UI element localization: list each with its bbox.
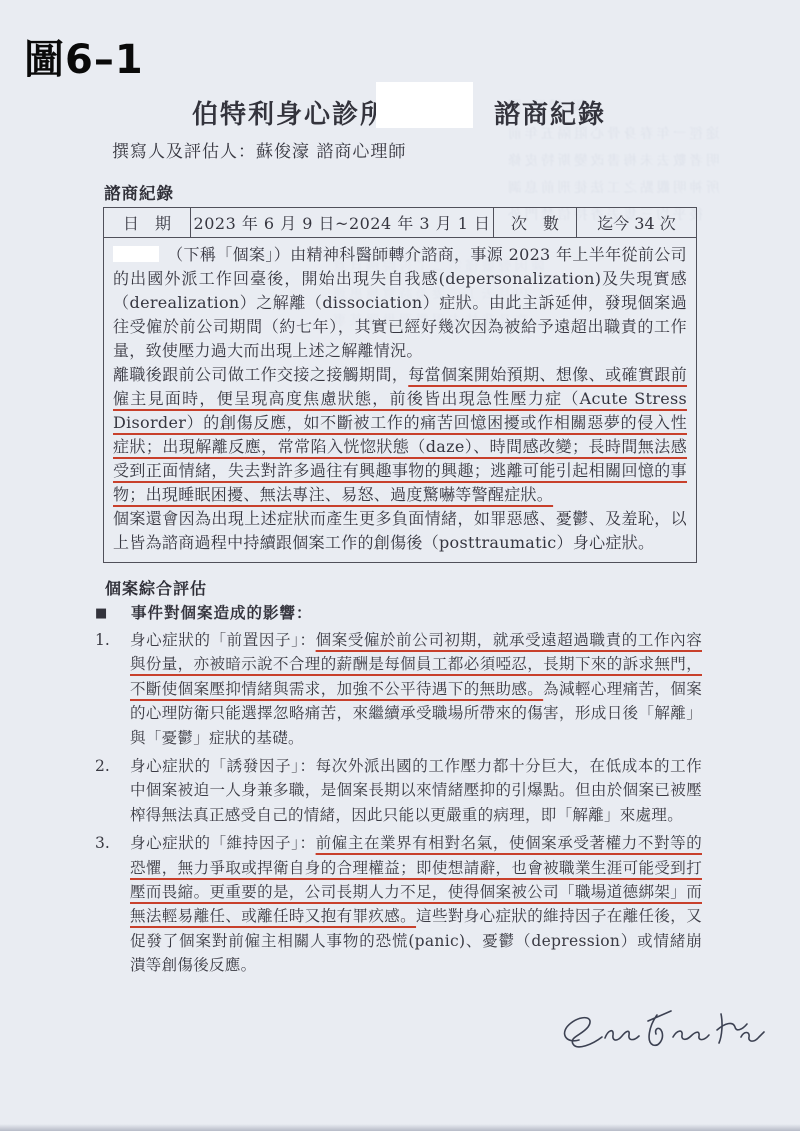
table-header-row: 日 期 2023 年 6 月 9 日~2024 年 3 月 1 日 次 數 迄今… [104,208,697,238]
table-body-row: （下稱「個案」）由精神科醫師轉介諮商，事源 2023 年上半年從前公司的出國外派… [104,238,697,563]
paragraph-intro-text: （下稱「個案」）由精神科醫師轉介諮商，事源 2023 年上半年從前公司的出國外派… [113,245,687,360]
paragraph-symptoms: 離職後跟前公司做工作交接之接觸期間，每當個案開始預期、想像、或確實跟前僱主見面時… [113,363,687,507]
item-text: 身心症狀的「誘發因子」：每次外派出國的工作壓力都十分巨大，在低成本的工作中個案被… [130,754,702,827]
item-number: 2. [95,754,130,827]
assessment-subheading-row: ■事件對個案造成的影響： [95,601,313,623]
redaction-box-title [376,82,473,128]
paragraph-posttraumatic: 個案還會因為出現上述症狀而產生更多負面情緒，如罪惡感、憂鬱、及羞恥，以上皆為諮商… [113,507,687,555]
assessment-item-2: 2. 身心症狀的「誘發因子」：每次外派出國的工作壓力都十分巨大，在低成本的工作中… [95,754,702,827]
count-label-cell: 次 數 [494,208,577,238]
date-value-cell: 2023 年 6 月 9 日~2024 年 3 月 1 日 [191,208,494,238]
assessment-item-3: 3. 身心症狀的「維持因子」：前僱主在業界有相對名氣，使個案承受著權力不對等的恐… [95,831,702,977]
document-type-title: 諮商紀錄 [494,94,606,131]
author-line: 撰寫人及評估人：蘇俊濠 諮商心理師 [112,137,406,162]
paragraph-intro: （下稱「個案」）由精神科醫師轉介諮商，事源 2023 年上半年從前公司的出國外派… [113,243,687,363]
count-value-cell: 迄今 34 次 [577,208,697,238]
record-body-cell: （下稱「個案」）由精神科醫師轉介諮商，事源 2023 年上半年從前公司的出國外派… [104,238,697,563]
item-text: 身心症狀的「維持因子」：前僱主在業界有相對名氣，使個案承受著權力不對等的恐懼，無… [130,831,702,977]
assessment-subheading: 事件對個案造成的影響： [131,603,313,622]
scan-edge-shadow [0,1124,800,1131]
handwritten-signature [545,990,770,1068]
paragraph-symptoms-underlined: 每當個案開始預期、想像、或確實跟前僱主見面時，便呈現高度焦慮狀態，前後皆出現急性… [113,365,687,504]
assessment-heading: 個案綜合評估 [105,576,207,599]
record-section-label: 諮商紀錄 [104,180,174,204]
assessment-item-list: 1. 身心症狀的「前置因子」：個案受僱於前公司初期，就承受遠超過職責的工作內容與… [95,628,702,982]
assessment-item-1: 1. 身心症狀的「前置因子」：個案受僱於前公司初期，就承受遠超過職責的工作內容與… [95,628,702,750]
paragraph-posttraumatic-text: 個案還會因為出現上述症狀而產生更多負面情緒，如罪惡感、憂鬱、及羞恥，以上皆為諮商… [113,509,687,552]
item-3-plain: 身心症狀的「維持因子」： [130,834,316,852]
paragraph-symptoms-plain: 離職後跟前公司做工作交接之接觸期間， [113,365,408,384]
redaction-box-client-name [113,246,159,262]
item-number: 1. [95,628,130,750]
item-number: 3. [95,831,130,977]
counseling-record-table: 日 期 2023 年 6 月 9 日~2024 年 3 月 1 日 次 數 迄今… [103,207,697,563]
item-text: 身心症狀的「前置因子」：個案受僱於前公司初期，就承受遠超過職責的工作內容與份量，… [130,628,702,750]
figure-label: 圖6–1 [24,28,144,85]
square-bullet-icon: ■ [95,606,131,621]
date-label-cell: 日 期 [104,208,191,238]
clinic-name-title: 伯特利身心診所 [192,94,388,131]
item-2-plain: 身心症狀的「誘發因子」：每次外派出國的工作壓力都十分巨大，在低成本的工作中個案被… [130,757,702,824]
item-1-plain: 身心症狀的「前置因子」： [130,631,316,649]
